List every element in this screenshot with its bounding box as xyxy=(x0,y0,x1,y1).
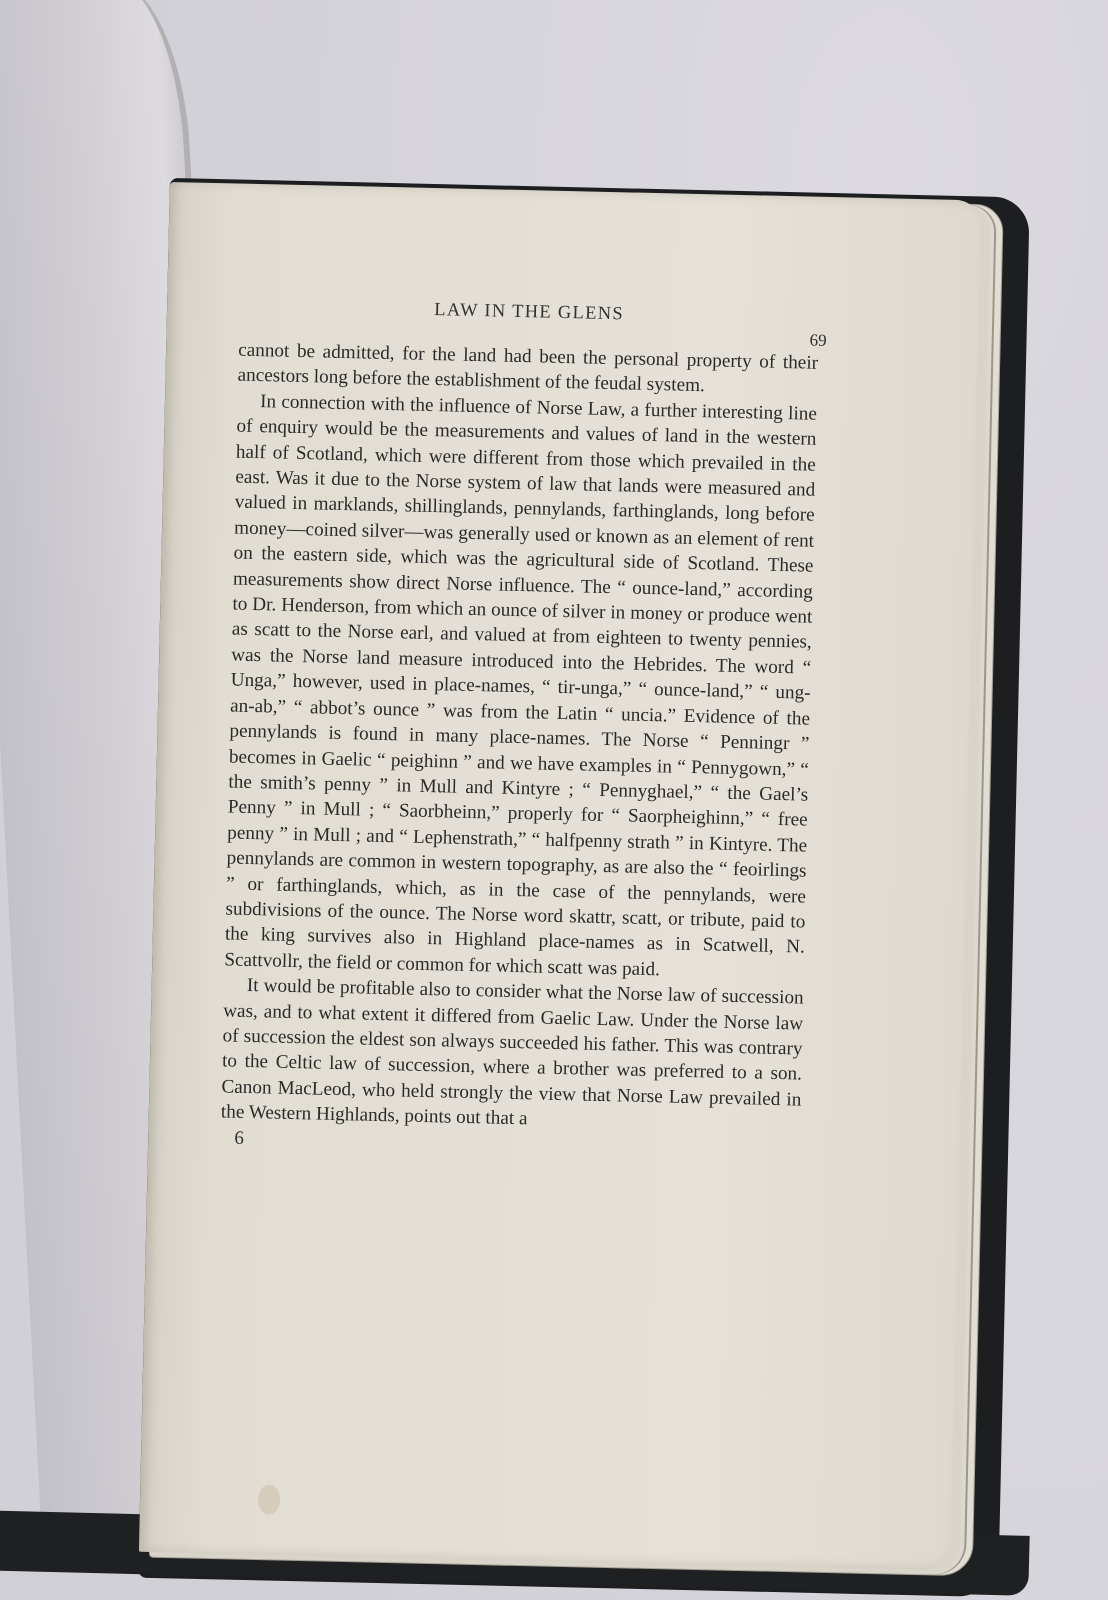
page-content: LAW IN THE GLENS 69 cannot be admitted, … xyxy=(220,296,819,1163)
foxing-stain xyxy=(258,1484,281,1514)
page-number: 69 xyxy=(809,331,826,351)
paragraph-2: In connection with the influence of Nors… xyxy=(224,388,817,985)
running-title: LAW IN THE GLENS xyxy=(239,296,819,330)
body-text: cannot be admitted, for the land had bee… xyxy=(221,338,819,1139)
paragraph-3: It would be profitable also to consider … xyxy=(221,973,804,1139)
book-page-recto: LAW IN THE GLENS 69 cannot be admitted, … xyxy=(139,182,982,1570)
